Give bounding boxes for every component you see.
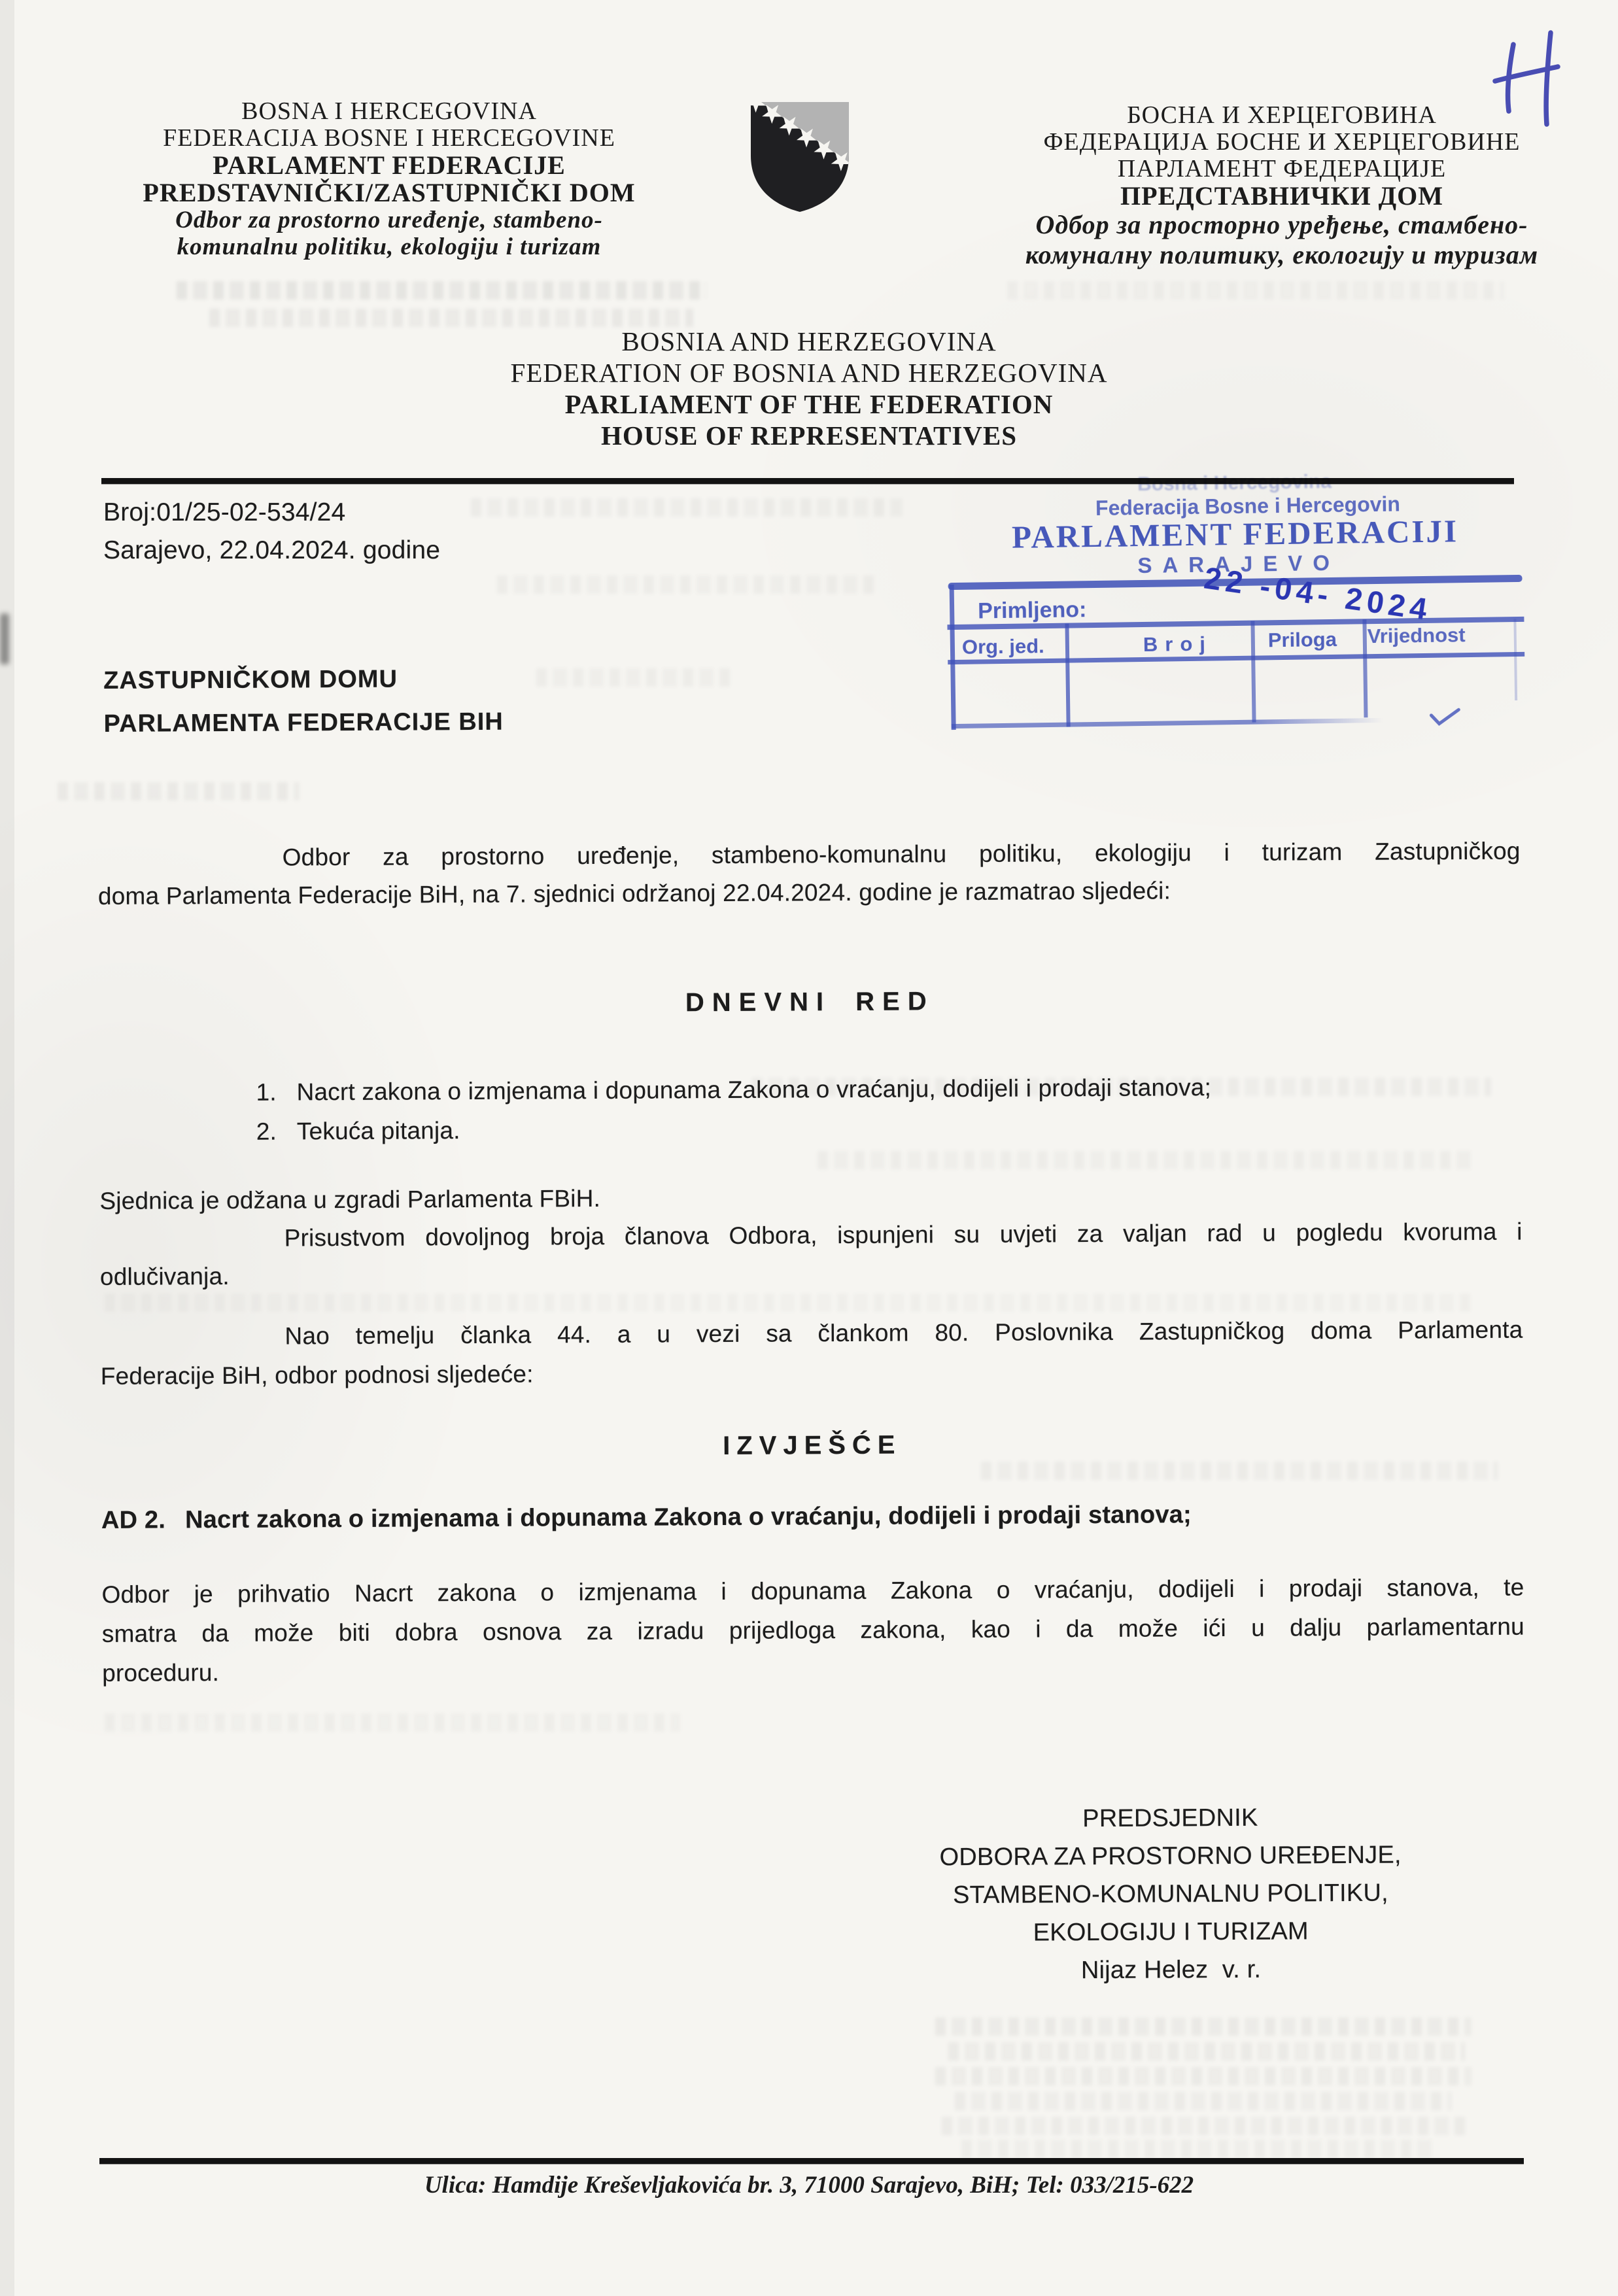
- report-ad-label: AD 2.: [101, 1506, 165, 1534]
- intro-line: doma Parlamenta Federacije BiH, na 7. sj…: [98, 876, 1521, 910]
- agenda-item-number: 2.: [256, 1112, 297, 1151]
- session-line: Federacije BiH, odbor podnosi sljedeće:: [101, 1356, 1523, 1390]
- report-line: Odbor je prihvatio Nacrt zakona o izmjen…: [101, 1574, 1524, 1609]
- agenda-item-number: 1.: [256, 1072, 296, 1112]
- report-ad-item: AD 2.Nacrt zakona o izmjenama i dopunama…: [101, 1499, 1524, 1535]
- signature-line: STAMBENO-KOMUNALNU POLITIKU,: [870, 1874, 1472, 1915]
- agenda-item: 2.Tekuća pitanja.: [256, 1106, 1522, 1152]
- addressee-block: ZASTUPNIČKOM DOMU PARLAMENTA FEDERACIJE …: [103, 657, 504, 745]
- report-title: IZVJEŠĆE: [101, 1428, 1523, 1464]
- agenda-list: 1.Nacrt zakona o izmjenama i dopunama Za…: [256, 1067, 1522, 1152]
- document-body: ZASTUPNIČKOM DOMU PARLAMENTA FEDERACIJE …: [0, 0, 1618, 2296]
- scanned-document-page: H BOSNA I HERCEGOVINA FEDERACIJA BOSNE I…: [0, 0, 1618, 2296]
- report-line: proceduru.: [102, 1653, 1524, 1687]
- agenda-title: DNEVNI RED: [99, 984, 1521, 1021]
- signature-line: Nijaz Helez v. r.: [870, 1949, 1472, 1991]
- signature-line: PREDSJEDNIK: [869, 1798, 1471, 1839]
- session-line: Nao temelju članka 44. a u vezi sa člank…: [100, 1316, 1523, 1351]
- report-line: smatra da može biti dobra osnova za izra…: [102, 1613, 1524, 1648]
- signature-line: EKOLOGIJU I TURIZAM: [870, 1911, 1472, 1953]
- agenda-item: 1.Nacrt zakona o izmjenama i dopunama Za…: [256, 1067, 1521, 1112]
- session-line: Prisustvom dovoljnog broja članova Odbor…: [100, 1218, 1523, 1253]
- agenda-item-text: Tekuća pitanja.: [297, 1117, 460, 1144]
- addressee-line: ZASTUPNIČKOM DOMU: [103, 657, 504, 702]
- signature-line: ODBORA ZA PROSTORNO UREĐENJE,: [870, 1836, 1472, 1877]
- report-ad-text: Nacrt zakona o izmjenama i dopunama Zako…: [185, 1501, 1192, 1534]
- addressee-line: PARLAMENTA FEDERACIJE BIH: [103, 700, 504, 745]
- horizontal-rule-footer: [99, 2158, 1524, 2164]
- session-line: Sjednica je odžana u zgradi Parlamenta F…: [99, 1180, 1522, 1215]
- signature-block: PREDSJEDNIK ODBORA ZA PROSTORNO UREĐENJE…: [869, 1798, 1472, 1991]
- session-line: odlučivanja.: [100, 1256, 1523, 1291]
- footer-address: Ulica: Hamdije Kreševljakovića br. 3, 71…: [97, 2171, 1521, 2199]
- intro-line: Odbor za prostorno uređenje, stambeno-ko…: [98, 838, 1521, 872]
- agenda-item-text: Nacrt zakona o izmjenama i dopunama Zako…: [296, 1074, 1211, 1105]
